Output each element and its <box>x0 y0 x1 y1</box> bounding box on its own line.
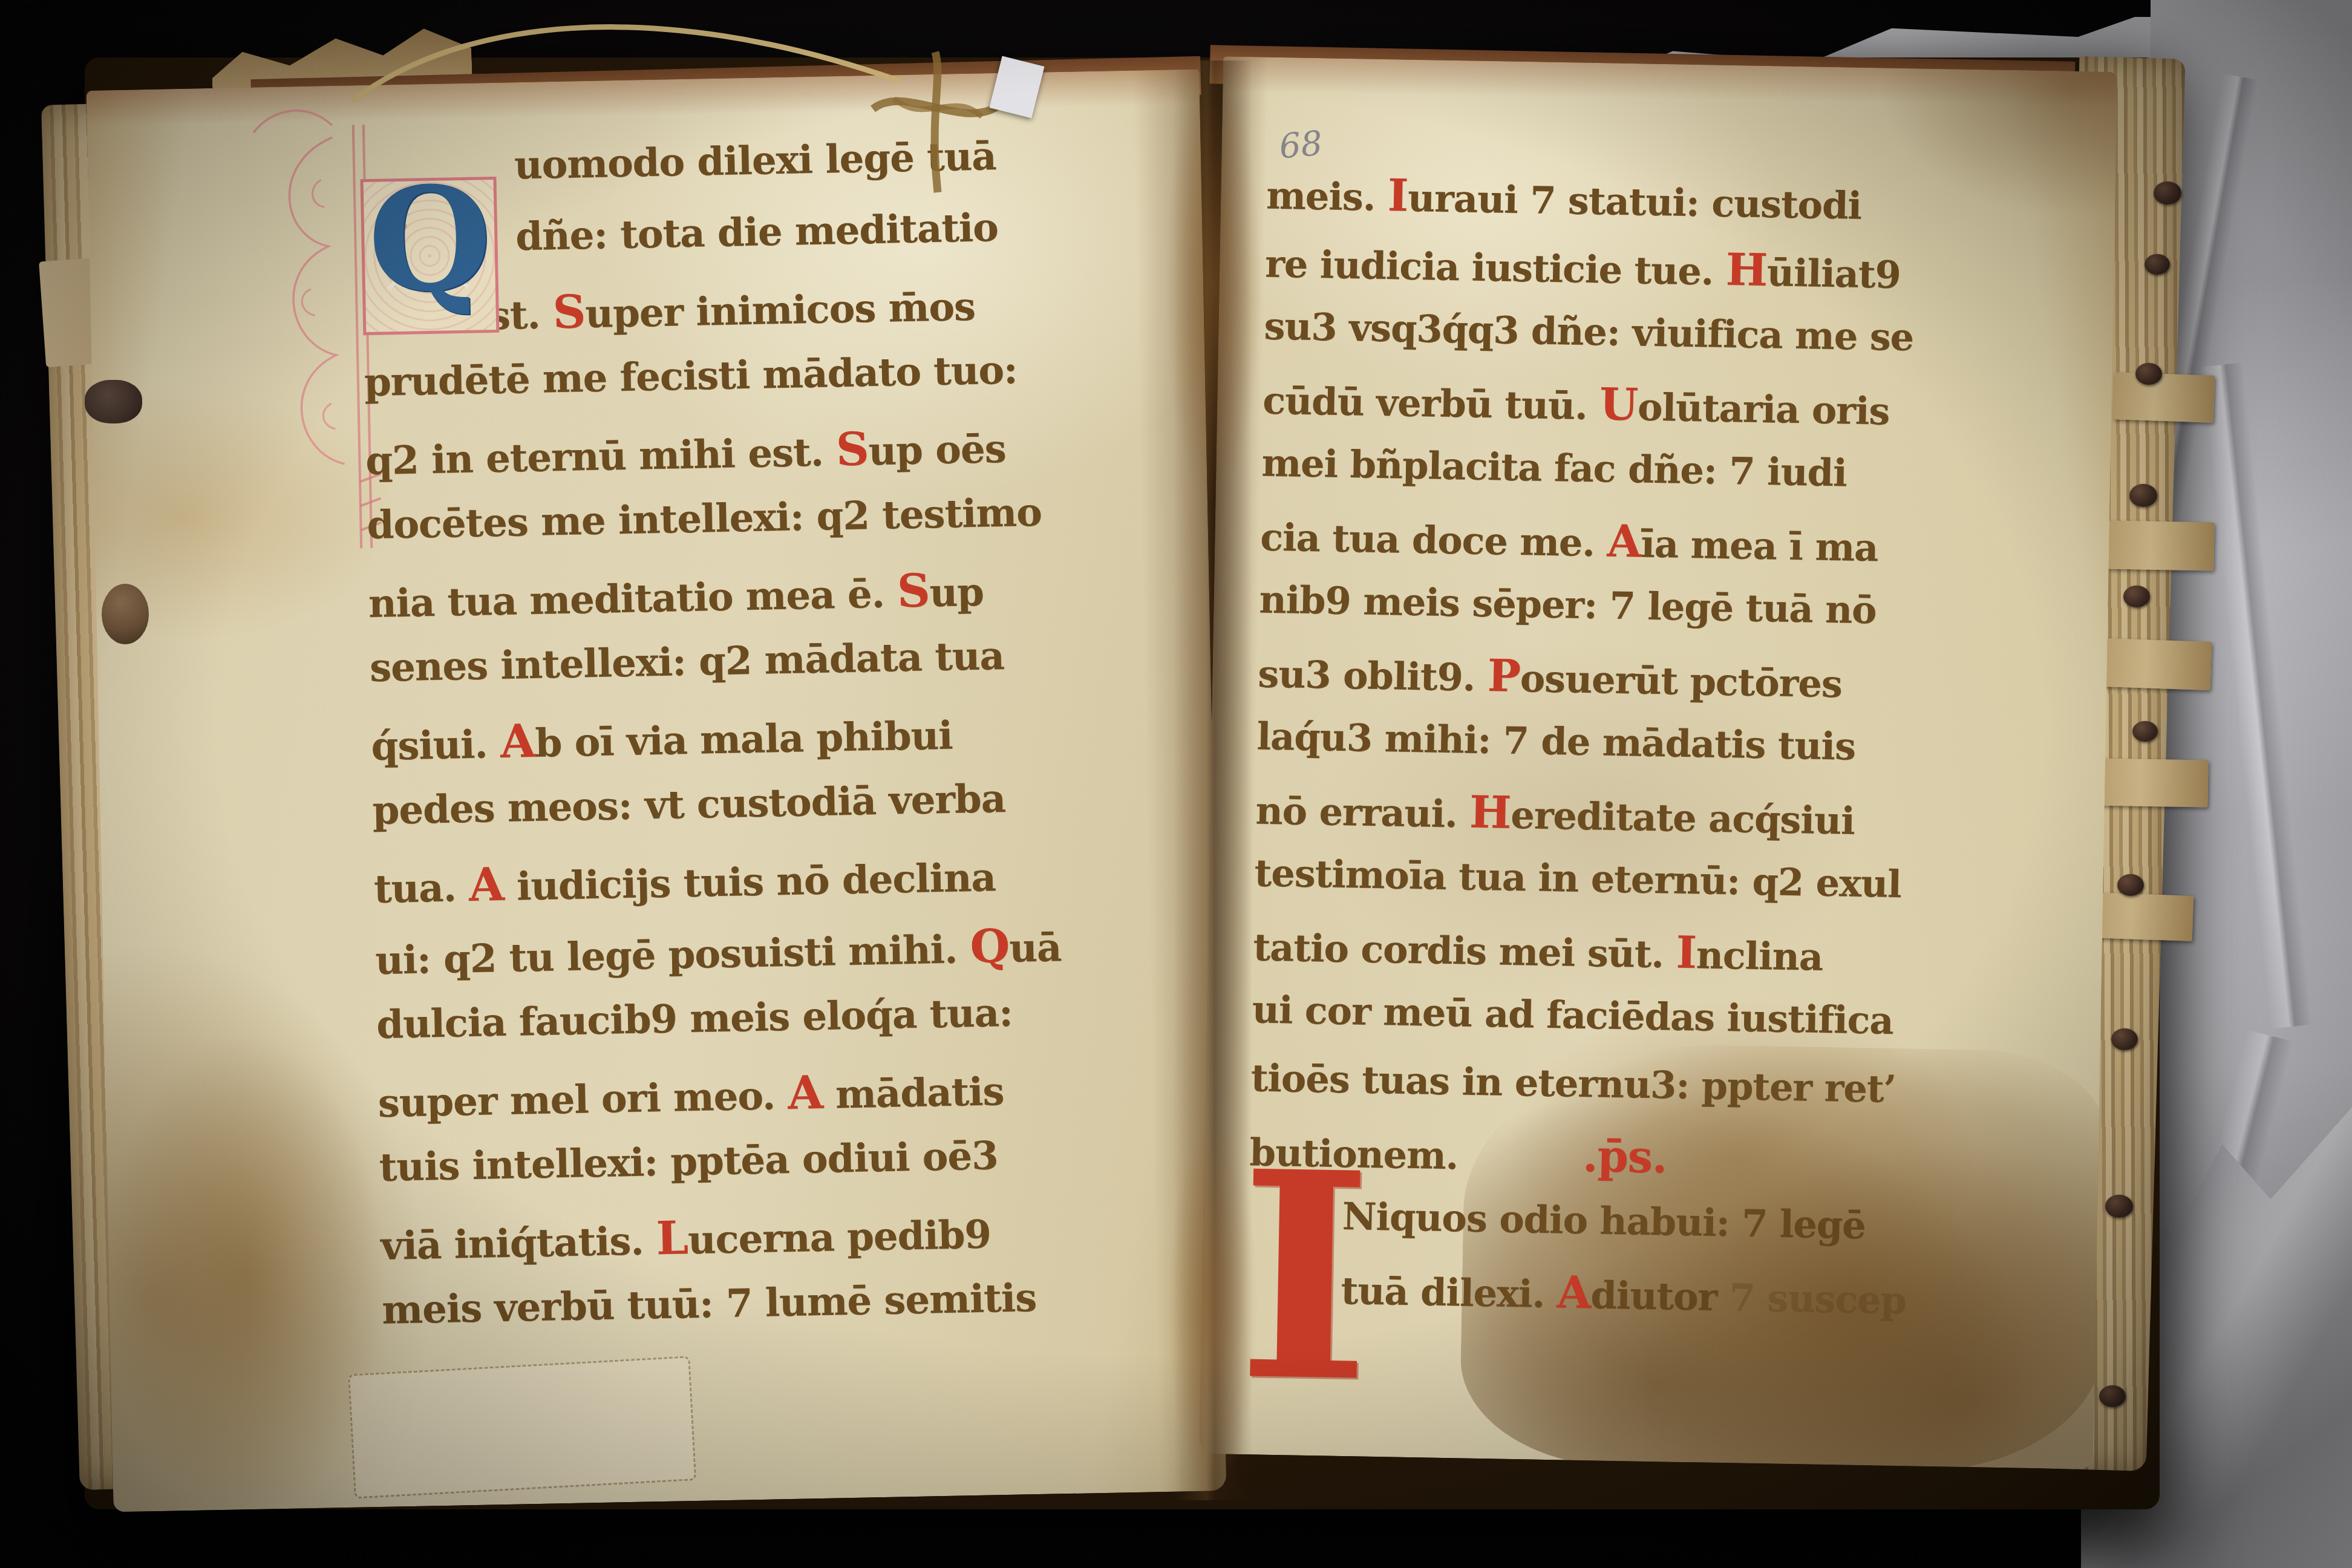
text-line: meis verbū tuū: 7 lumē semitis <box>382 1273 1169 1359</box>
index-tab <box>2108 520 2214 570</box>
binding-knot <box>2135 363 2162 385</box>
gutter-stain-top <box>1165 67 1261 502</box>
binding-knot <box>2145 254 2170 275</box>
rubricated-initial: S <box>835 422 869 476</box>
manuscript-text: q2 in eternū mihi est. <box>365 430 837 484</box>
manuscript-text: uraui 7 statui: custodi <box>1408 176 1862 228</box>
rubricated-initial: A <box>1557 1266 1591 1319</box>
manuscript-text: nō erraui. <box>1255 788 1470 836</box>
manuscript-text: viā iniq́tatis. <box>381 1218 657 1269</box>
sewn-repair-patch <box>348 1356 696 1498</box>
manuscript-text: su3 oblit9. <box>1258 652 1488 700</box>
index-tab <box>2096 758 2208 807</box>
rubricated-initial: .p̄s. <box>1582 1130 1667 1183</box>
rubricated-initial: A <box>787 1065 823 1120</box>
index-tab <box>2102 638 2212 690</box>
binding-knot <box>2132 721 2158 742</box>
manuscript-text: iudicijs tuis nō declina <box>503 855 996 910</box>
manuscript-text: nia tua meditatio mea ē. <box>368 571 898 627</box>
rubricated-initial: S <box>552 284 586 339</box>
manuscript-text: mei bñplacita fac dñe: 7 iudi <box>1261 440 1847 495</box>
manuscript-text: olūtaria oris <box>1637 385 1889 433</box>
binding-knot <box>2111 1028 2138 1050</box>
manuscript-text: meis. <box>1266 174 1388 220</box>
rubricated-initial: Q <box>970 919 1010 973</box>
rubricated-initial: P <box>1487 650 1521 702</box>
index-tab <box>2089 892 2194 941</box>
rubricated-initial: I <box>1676 927 1697 979</box>
straw-bookmark <box>336 3 916 136</box>
binding-knot <box>102 584 149 644</box>
manuscript-text: tua. <box>373 865 469 912</box>
binding-knot <box>2154 181 2181 204</box>
rubricated-initial: A <box>500 714 535 768</box>
rubricated-initial: L <box>656 1210 688 1265</box>
binding-knot <box>2099 1385 2126 1407</box>
manuscript-text: 7 suscep <box>1729 1275 1906 1322</box>
photo-stage: Q uomodo dilexi legē tuādñe: tota die me… <box>0 0 2352 1568</box>
binding-knot <box>2123 586 2150 607</box>
manuscript-text: re iudicia iusticie tue. <box>1265 242 1726 294</box>
binding-knot <box>2105 1195 2133 1218</box>
binding-knot <box>2117 874 2144 896</box>
folio-number: 68 <box>1278 124 1324 167</box>
tissue-crease <box>2201 362 2313 1028</box>
rubricated-initial: I <box>1387 169 1408 222</box>
manuscript-text: mādatis <box>822 1069 1004 1118</box>
right-page-lines: meis. Iuraui 7 statui: custodire iudicia… <box>1247 168 2089 1344</box>
right-page: 68 I meis. Iuraui 7 statui: custodire iu… <box>1199 56 2117 1469</box>
manuscript-text: ui: q2 tu legē posuisti mihi. <box>375 927 971 984</box>
rubricated-initial: A <box>1607 515 1641 567</box>
left-page: Q uomodo dilexi legē tuādñe: tota die me… <box>87 70 1227 1512</box>
manuscript-text: ūiliat9 <box>1766 250 1901 297</box>
manuscript-text: butionem. <box>1249 1130 1583 1180</box>
index-tab <box>2114 372 2215 423</box>
manuscript-text: nclina <box>1696 933 1823 979</box>
left-page-lines: Q uomodo dilexi legē tuādñe: tota die me… <box>359 131 1169 1359</box>
initial-frame: Q <box>361 177 500 335</box>
manuscript-text: osuerūt pctōres <box>1520 656 1842 706</box>
manuscript-text: dñe: tota die meditatio <box>515 205 999 260</box>
manuscript-text: tatio cordis mei sūt. <box>1253 925 1676 976</box>
binding-knot <box>2129 484 2157 507</box>
initial-letter: Q <box>367 163 492 316</box>
illuminated-initial-q: Q <box>359 143 516 287</box>
manuscript-text: q́siui. <box>371 722 501 769</box>
manuscript-text: cūdū verbū tuū. <box>1263 379 1600 429</box>
rubricated-initial: H <box>1469 786 1512 839</box>
rubricated-initial: U <box>1599 378 1638 431</box>
parchment-stain <box>99 1029 392 1512</box>
manuscript-text: tuā dilexi. <box>1341 1269 1557 1316</box>
clasp-remnant <box>85 380 142 423</box>
manuscript-text: īa mea ī ma <box>1641 521 1878 570</box>
manuscript-text: uā <box>1009 925 1062 972</box>
manuscript-text: Niquos odio habui: 7 legē <box>1342 1194 1866 1247</box>
manuscript-text: up oēs <box>868 426 1006 474</box>
rubricated-initial: H <box>1725 244 1768 296</box>
manuscript-text: uper inimicos m̄os <box>585 284 976 337</box>
manuscript-text: cia tua doce me. <box>1260 515 1607 565</box>
rubricated-initial: S <box>897 563 930 618</box>
gutter-stain-bottom <box>1168 1119 1258 1494</box>
manuscript-text: ereditate acq́siui <box>1511 793 1855 843</box>
manuscript-text: ucerna pedib9 <box>687 1212 991 1264</box>
rubricated-initial: A <box>468 857 504 912</box>
manuscript-text: diutor <box>1590 1273 1730 1319</box>
manuscript-text: b oī via mala phibui <box>535 713 953 766</box>
pen-flourish-cross <box>858 41 1009 198</box>
manuscript-text: super mel ori meo. <box>377 1073 788 1126</box>
manuscript-text: up <box>929 570 984 616</box>
text-line: tuā dilexi. Adiutor 7 suscep <box>1247 1261 2071 1344</box>
